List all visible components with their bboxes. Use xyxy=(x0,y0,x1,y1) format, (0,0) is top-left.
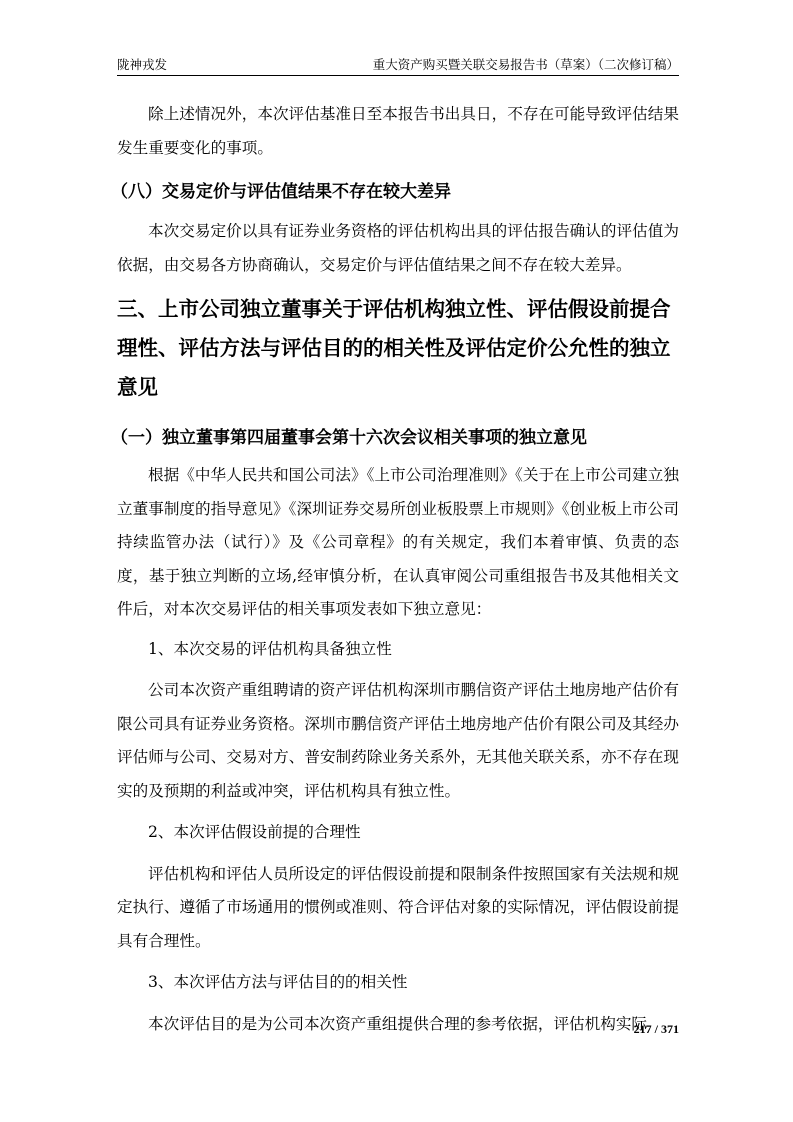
page-content: 除上述情况外，本次评估基准日至本报告书出具日，不存在可能导致评估结果发生重要变化… xyxy=(117,98,679,1041)
chapter-heading-3: 三、上市公司独立董事关于评估机构独立性、评估假设前提合理性、评估方法与评估目的的… xyxy=(117,290,679,407)
header-company: 陇神戎发 xyxy=(117,56,167,74)
paragraph: 本次交易定价以具有证券业务资格的评估机构出具的评估报告确认的评估值为依据，由交易… xyxy=(117,215,679,282)
paragraph: 本次评估目的是为公司本次资产重组提供合理的参考依据，评估机构实际 xyxy=(117,1008,679,1042)
section-heading-3-1: （一）独立董事第四届董事会第十六次会议相关事项的独立意见 xyxy=(111,423,679,453)
item-title-2: 2、本次评估假设前提的合理性 xyxy=(117,816,679,850)
page-header: 陇神戎发 重大资产购买暨关联交易报告书（草案）（二次修订稿） xyxy=(117,56,679,76)
item-title-3: 3、本次评估方法与评估目的的相关性 xyxy=(117,966,679,1000)
paragraph: 除上述情况外，本次评估基准日至本报告书出具日，不存在可能导致评估结果发生重要变化… xyxy=(117,98,679,165)
paragraph: 根据《中华人民共和国公司法》《上市公司治理准则》《关于在上市公司建立独立董事制度… xyxy=(117,459,679,627)
paragraph: 评估机构和评估人员所设定的评估假设前提和限制条件按照国家有关法规和规定执行、遵循… xyxy=(117,858,679,959)
item-title-1: 1、本次交易的评估机构具备独立性 xyxy=(117,633,679,667)
page-number: 217 / 371 xyxy=(634,1022,679,1037)
header-doc-title: 重大资产购买暨关联交易报告书（草案）（二次修订稿） xyxy=(373,56,679,74)
paragraph: 公司本次资产重组聘请的资产评估机构深圳市鹏信资产评估土地房地产估价有限公司具有证… xyxy=(117,674,679,808)
section-heading-8: （八）交易定价与评估值结果不存在较大差异 xyxy=(111,177,679,207)
